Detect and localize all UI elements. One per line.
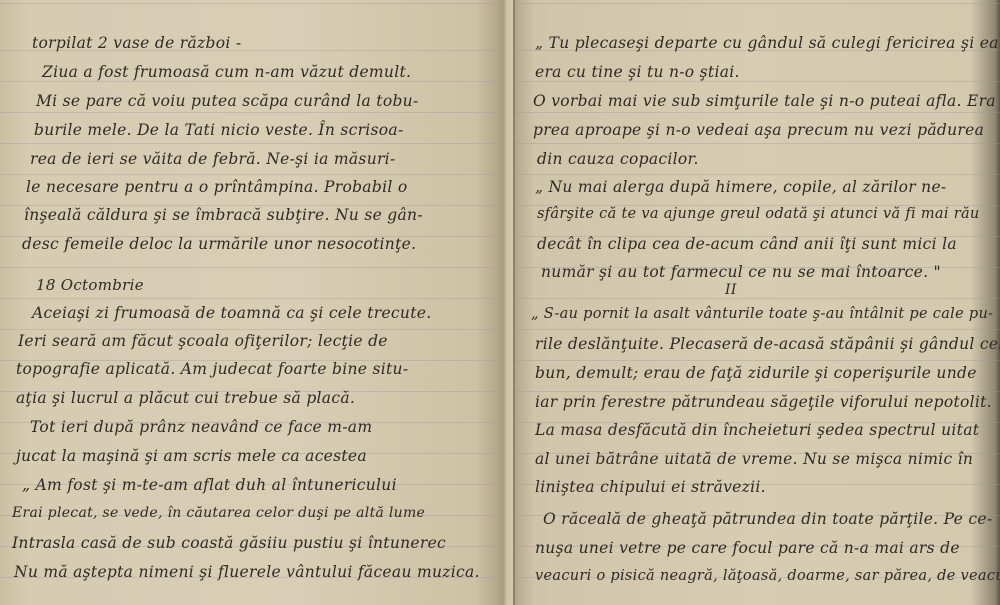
text-line: le necesare pentru a o prîntâmpina. Prob…	[26, 178, 407, 196]
text-line: iar prin ferestre pătrundeau săgeţile vi…	[535, 393, 992, 411]
text-line: era cu tine şi tu n-o ştiai.	[535, 63, 740, 81]
text-line: „ Am fost şi m-te-am aflat duh al întune…	[22, 476, 397, 494]
text-line: O răceală de gheaţă pătrundea din toate …	[543, 510, 992, 528]
text-line: Tot ieri după prânz neavând ce face m-am	[30, 418, 372, 436]
notebook-spread: torpilat 2 vase de război - Ziua a fost …	[0, 0, 1000, 605]
text-line: Ieri seară am făcut şcoala ofiţerilor; l…	[18, 332, 388, 350]
text-line: sfârşite că te va ajunge greul odată şi …	[537, 206, 980, 222]
text-line: Intrasla casă de sub coastă găsiiu pusti…	[12, 534, 446, 552]
text-line: nuşa unei vetre pe care focul pare că n-…	[535, 539, 960, 557]
text-line: „ Tu plecaseşi departe cu gândul să cule…	[535, 34, 999, 52]
text-line: al unei bătrâne uitată de vreme. Nu se m…	[535, 450, 973, 468]
text-line: jucat la maşină şi am scris mele ca aces…	[16, 447, 367, 465]
text-line: La masa desfăcută din încheieturi şedea …	[535, 421, 979, 439]
text-line: desc femeile deloc la urmările unor neso…	[22, 235, 416, 253]
section-number: II	[725, 282, 737, 298]
text-line: „ S-au pornit la asalt vânturile toate ş…	[531, 306, 993, 322]
text-line: veacuri o pisică neagră, lăţoasă, doarme…	[535, 568, 1000, 584]
text-line: Aceiaşi zi frumoasă de toamnă ca şi cele…	[32, 304, 431, 322]
text-line: decât în clipa cea de-acum când anii îţi…	[537, 235, 957, 253]
text-line: rile deslănţuite. Plecaseră de-acasă stă…	[535, 335, 1000, 353]
text-line: Erai plecat, se vede, în căutarea celor …	[12, 505, 425, 521]
text-line: Ziua a fost frumoasă cum n-am văzut demu…	[42, 63, 411, 81]
text-line: „ Nu mai alerga după himere, copile, al …	[535, 178, 946, 196]
entry-date: 18 Octombrie	[36, 276, 144, 294]
text-line: Nu mă aştepta nimeni şi fluerele vântulu…	[14, 563, 480, 581]
text-line: prea aproape şi n-o vedeai aşa precum nu…	[533, 121, 984, 139]
text-line: O vorbai mai vie sub simţurile tale şi n…	[533, 92, 996, 110]
text-line: aţia şi lucrul a plăcut cui trebue să pl…	[16, 389, 355, 407]
text-line: înşeală căldura şi se îmbracă subţire. N…	[24, 206, 423, 224]
text-line: bun, demult; erau de faţă zidurile şi co…	[535, 364, 977, 382]
right-page: „ Tu plecaseşi departe cu gândul să cule…	[515, 0, 1000, 605]
text-line: burile mele. De la Tati nicio veste. În …	[34, 121, 404, 139]
book-gutter	[495, 0, 515, 605]
text-line: rea de ieri se văita de febră. Ne-şi ia …	[30, 150, 395, 168]
text-line: Mi se pare că voiu putea scăpa curând la…	[36, 92, 419, 110]
text-line: topografie aplicată. Am judecat foarte b…	[16, 360, 408, 378]
left-page: torpilat 2 vase de război - Ziua a fost …	[0, 0, 495, 605]
text-line: din cauza copacilor.	[537, 150, 699, 168]
text-line: torpilat 2 vase de război -	[32, 34, 241, 52]
text-line: liniştea chipului ei străvezii.	[535, 478, 766, 496]
text-line: număr şi au tot farmecul ce nu se mai în…	[541, 263, 941, 281]
